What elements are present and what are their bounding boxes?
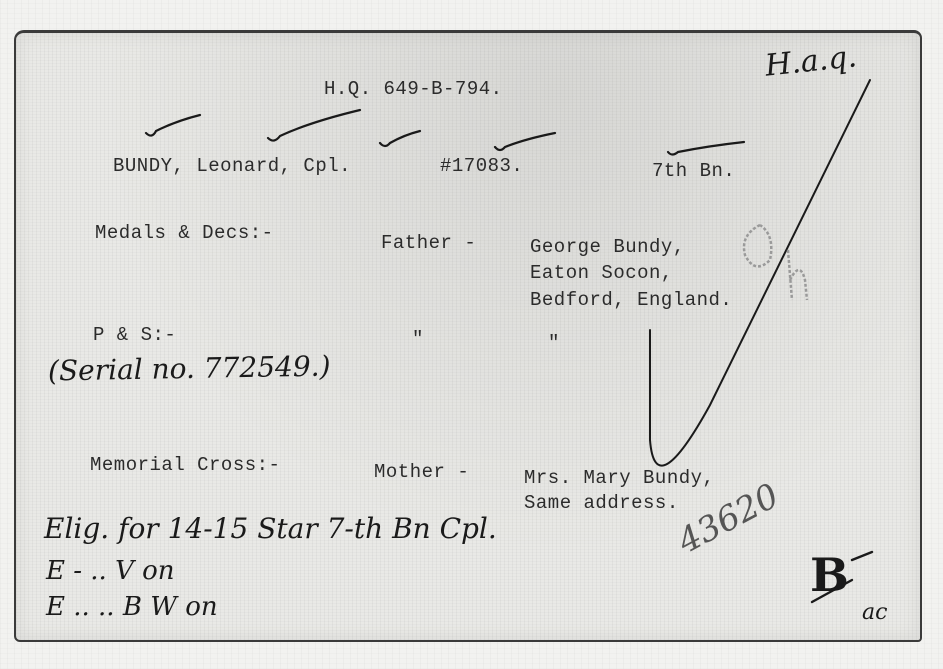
- handwritten-eligibility-line-1: Elig. for 14-15 Star 7-th Bn Cpl.: [44, 512, 497, 545]
- handwritten-bottom-initial-suffix: ac: [862, 600, 887, 625]
- handwritten-eligibility-line-2: E - .. V on: [46, 556, 175, 586]
- handwritten-bottom-initial: B: [810, 548, 849, 602]
- ps-label: P & S:-: [93, 324, 176, 346]
- memorial-cross-label: Memorial Cross:-: [90, 454, 280, 476]
- father-name: George Bundy,: [530, 236, 685, 258]
- soldier-name: BUNDY, Leonard, Cpl.: [113, 155, 351, 177]
- handwritten-serial-number: (Serial no. 772549.): [48, 350, 331, 388]
- mother-label: Mother -: [374, 461, 469, 483]
- ditto-mark-2: ": [548, 332, 560, 354]
- father-label: Father -: [381, 232, 476, 254]
- father-address-line-1: Eaton Socon,: [530, 262, 673, 284]
- father-address-line-2: Bedford, England.: [530, 289, 732, 311]
- handwritten-eligibility-line-3: E .. .. B W on: [46, 592, 218, 622]
- battalion: 7th Bn.: [652, 160, 735, 182]
- medals-label: Medals & Decs:-: [95, 222, 274, 244]
- service-number: #17083.: [440, 155, 523, 177]
- file-reference: H.Q. 649-B-794.: [324, 78, 503, 100]
- ditto-mark-1: ": [412, 328, 424, 350]
- mother-name: Mrs. Mary Bundy,: [524, 467, 714, 489]
- mother-address: Same address.: [524, 492, 679, 514]
